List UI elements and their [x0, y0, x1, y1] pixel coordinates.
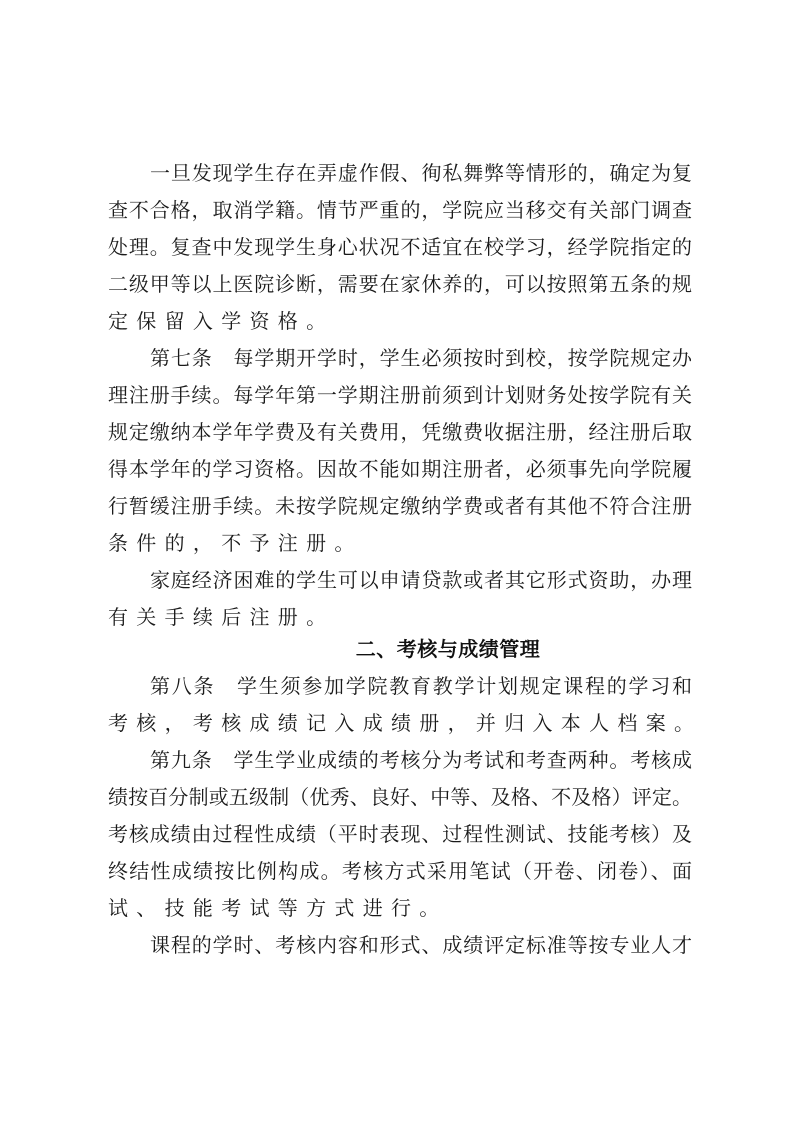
paragraph-1-line-1: 一旦发现学生存在弄虚作假、徇私舞弊等情形的，确定为复: [150, 155, 692, 192]
paragraph-1-line-2: 查不合格，取消学籍。情节严重的，学院应当移交有关部门调查: [108, 192, 692, 229]
article-7-line-2: 理注册手续。每学年第一学期注册前须到计划财务处按学院有关: [108, 377, 692, 414]
article-9-line-4: 终结性成绩按比例构成。考核方式采用笔试（开卷、闭卷）、面: [108, 853, 692, 890]
article-9-line-3: 考核成绩由过程性成绩（平时表现、过程性测试、技能考核）及: [108, 816, 692, 853]
paragraph-1-line-5: 定保留入学资格。: [108, 303, 692, 340]
article-8-line-2: 考核，考核成绩记入成绩册，并归入本人档案。: [108, 705, 692, 742]
article-9-line-1: 第九条 学生学业成绩的考核分为考试和考查两种。考核成: [150, 742, 692, 779]
article-7-line-5: 行暂缓注册手续。未按学院规定缴纳学费或者有其他不符合注册: [108, 488, 692, 525]
section-heading: 二、考核与成绩管理: [300, 631, 596, 668]
article-8-line-1: 第八条 学生须参加学院教育教学计划规定课程的学习和: [150, 668, 692, 705]
article-9-line-5: 试、技能考试等方式进行。: [108, 890, 692, 927]
article-9-line-2: 绩按百分制或五级制（优秀、良好、中等、及格、不及格）评定。: [108, 779, 692, 816]
article-7-line-1: 第七条 每学期开学时，学生必须按时到校，按学院规定办: [150, 340, 692, 377]
paragraph-1-line-3: 处理。复查中发现学生身心状况不适宜在校学习，经学院指定的: [108, 229, 692, 266]
article-7-line-6: 条件的，不予注册。: [108, 525, 692, 562]
article-7-line-3: 规定缴纳本学年学费及有关费用，凭缴费收据注册，经注册后取: [108, 414, 692, 451]
article-7-line-4: 得本学年的学习资格。因故不能如期注册者，必须事先向学院履: [108, 451, 692, 488]
paragraph-6-line-1: 课程的学时、考核内容和形式、成绩评定标准等按专业人才: [150, 927, 692, 964]
paragraph-3-line-1: 家庭经济困难的学生可以申请贷款或者其它形式资助，办理: [150, 562, 692, 599]
paragraph-1-line-4: 二级甲等以上医院诊断，需要在家休养的，可以按照第五条的规: [108, 266, 692, 303]
document-page: 一旦发现学生存在弄虚作假、徇私舞弊等情形的，确定为复 查不合格，取消学籍。情节严…: [0, 0, 793, 1122]
